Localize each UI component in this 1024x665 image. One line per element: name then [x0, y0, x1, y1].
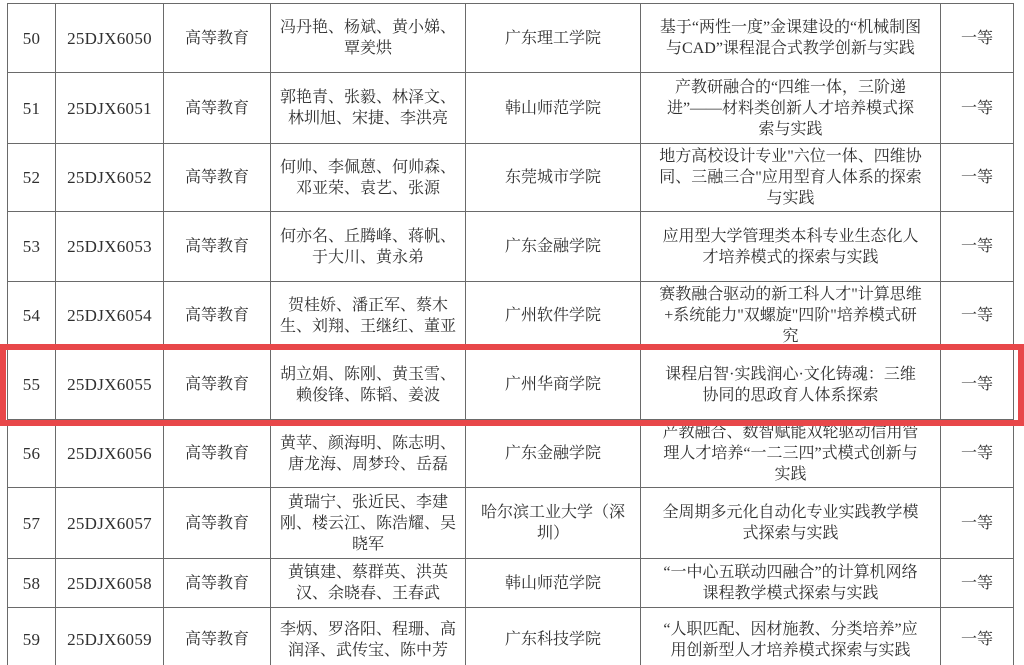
cell-category: 高等教育	[164, 4, 271, 73]
cell-team-members: 冯丹艳、杨斌、黄小娣、覃羑烘	[271, 4, 466, 73]
cell-project-title: 产教研融合的“四维一体，三阶递进”——材料类创新人才培养模式探索与实践	[641, 73, 941, 144]
cell-row-number: 54	[8, 282, 56, 350]
cell-institution: 韩山师范学院	[466, 559, 641, 608]
cell-team-members: 黄瑞宁、张近民、李建刚、楼云江、陈浩耀、吴晓军	[271, 488, 466, 559]
cell-award-level: 一等	[941, 212, 1014, 282]
cell-project-title: 赛教融合驱动的新工科人才"计算思维+系统能力"双螺旋"四阶"培养模式研究	[641, 282, 941, 350]
cell-team-members: 郭艳青、张毅、林泽文、林圳旭、宋捷、李洪亮	[271, 73, 466, 144]
cell-project-code: 25DJX6050	[56, 4, 164, 73]
cell-institution: 东莞城市学院	[466, 144, 641, 212]
cell-institution: 广东理工学院	[466, 4, 641, 73]
cell-category: 高等教育	[164, 282, 271, 350]
cell-team-members: 何亦名、丘腾峰、蒋帆、于大川、黄永弟	[271, 212, 466, 282]
cell-project-code: 25DJX6059	[56, 608, 164, 665]
cell-institution: 广东金融学院	[466, 420, 641, 488]
cell-award-level: 一等	[941, 144, 1014, 212]
cell-category: 高等教育	[164, 144, 271, 212]
cell-category: 高等教育	[164, 608, 271, 665]
cell-category: 高等教育	[164, 559, 271, 608]
cell-project-title: 全周期多元化自动化专业实践教学模式探索与实践	[641, 488, 941, 559]
cell-category: 高等教育	[164, 420, 271, 488]
cell-award-level: 一等	[941, 559, 1014, 608]
cell-row-number: 58	[8, 559, 56, 608]
cell-project-title: 课程启智·实践润心·文化铸魂：三维协同的思政育人体系探索	[641, 350, 941, 420]
cell-award-level: 一等	[941, 350, 1014, 420]
cell-award-level: 一等	[941, 488, 1014, 559]
cell-team-members: 何帅、李佩蒽、何帅森、邓亚荣、袁艺、张源	[271, 144, 466, 212]
table-row: 5625DJX6056高等教育黄苹、颜海明、陈志明、唐龙海、周梦玲、岳磊广东金融…	[8, 420, 1014, 488]
cell-row-number: 55	[8, 350, 56, 420]
cell-institution: 广东金融学院	[466, 212, 641, 282]
cell-award-level: 一等	[941, 73, 1014, 144]
cell-project-title: 基于“两性一度”金课建设的“机械制图与CAD”课程混合式教学创新与实践	[641, 4, 941, 73]
cell-project-title: 地方高校设计专业"六位一体、四维协同、三融三合"应用型育人体系的探索与实践	[641, 144, 941, 212]
table-row: 5125DJX6051高等教育郭艳青、张毅、林泽文、林圳旭、宋捷、李洪亮韩山师范…	[8, 73, 1014, 144]
cell-row-number: 57	[8, 488, 56, 559]
cell-team-members: 黄镇建、蔡群英、洪英汉、余晓春、王春武	[271, 559, 466, 608]
table-row: 5825DJX6058高等教育黄镇建、蔡群英、洪英汉、余晓春、王春武韩山师范学院…	[8, 559, 1014, 608]
cell-team-members: 李炳、罗洛阳、程珊、高润泽、武传宝、陈中芳	[271, 608, 466, 665]
cell-category: 高等教育	[164, 73, 271, 144]
award-table: 5025DJX6050高等教育冯丹艳、杨斌、黄小娣、覃羑烘广东理工学院基于“两性…	[7, 3, 1014, 665]
cell-category: 高等教育	[164, 212, 271, 282]
table-row: 5925DJX6059高等教育李炳、罗洛阳、程珊、高润泽、武传宝、陈中芳广东科技…	[8, 608, 1014, 665]
cell-project-code: 25DJX6054	[56, 282, 164, 350]
table-row: 5725DJX6057高等教育黄瑞宁、张近民、李建刚、楼云江、陈浩耀、吴晓军哈尔…	[8, 488, 1014, 559]
table-row: 5025DJX6050高等教育冯丹艳、杨斌、黄小娣、覃羑烘广东理工学院基于“两性…	[8, 4, 1014, 73]
cell-row-number: 51	[8, 73, 56, 144]
cell-row-number: 56	[8, 420, 56, 488]
cell-project-code: 25DJX6052	[56, 144, 164, 212]
cell-category: 高等教育	[164, 350, 271, 420]
cell-institution: 广东科技学院	[466, 608, 641, 665]
cell-project-code: 25DJX6055	[56, 350, 164, 420]
cell-team-members: 贺桂娇、潘正军、蔡木生、刘翔、王继红、董亚	[271, 282, 466, 350]
cell-project-code: 25DJX6058	[56, 559, 164, 608]
cell-award-level: 一等	[941, 282, 1014, 350]
cell-row-number: 50	[8, 4, 56, 73]
cell-institution: 哈尔滨工业大学（深圳）	[466, 488, 641, 559]
cell-project-code: 25DJX6053	[56, 212, 164, 282]
cell-project-code: 25DJX6056	[56, 420, 164, 488]
cell-category: 高等教育	[164, 488, 271, 559]
cell-institution: 广州华商学院	[466, 350, 641, 420]
cell-project-code: 25DJX6051	[56, 73, 164, 144]
table-row: 5225DJX6052高等教育何帅、李佩蒽、何帅森、邓亚荣、袁艺、张源东莞城市学…	[8, 144, 1014, 212]
cell-award-level: 一等	[941, 4, 1014, 73]
cell-row-number: 59	[8, 608, 56, 665]
award-list-page: 5025DJX6050高等教育冯丹艳、杨斌、黄小娣、覃羑烘广东理工学院基于“两性…	[0, 0, 1024, 665]
cell-award-level: 一等	[941, 608, 1014, 665]
cell-team-members: 黄苹、颜海明、陈志明、唐龙海、周梦玲、岳磊	[271, 420, 466, 488]
cell-project-title: “一中心五联动四融合”的计算机网络课程教学模式探索与实践	[641, 559, 941, 608]
cell-row-number: 53	[8, 212, 56, 282]
cell-row-number: 52	[8, 144, 56, 212]
table-row: 5525DJX6055高等教育胡立娟、陈刚、黄玉雪、赖俊锋、陈韬、姜波广州华商学…	[8, 350, 1014, 420]
table-row: 5325DJX6053高等教育何亦名、丘腾峰、蒋帆、于大川、黄永弟广东金融学院应…	[8, 212, 1014, 282]
cell-project-title: 产教融合、数智赋能双轮驱动信用管理人才培养“一二三四”式模式创新与实践	[641, 420, 941, 488]
table-row: 5425DJX6054高等教育贺桂娇、潘正军、蔡木生、刘翔、王继红、董亚广州软件…	[8, 282, 1014, 350]
cell-institution: 广州软件学院	[466, 282, 641, 350]
cell-award-level: 一等	[941, 420, 1014, 488]
cell-project-title: 应用型大学管理类本科专业生态化人才培养模式的探索与实践	[641, 212, 941, 282]
cell-team-members: 胡立娟、陈刚、黄玉雪、赖俊锋、陈韬、姜波	[271, 350, 466, 420]
cell-institution: 韩山师范学院	[466, 73, 641, 144]
cell-project-code: 25DJX6057	[56, 488, 164, 559]
cell-project-title: “人职匹配、因材施教、分类培养”应用创新型人才培养模式探索与实践	[641, 608, 941, 665]
